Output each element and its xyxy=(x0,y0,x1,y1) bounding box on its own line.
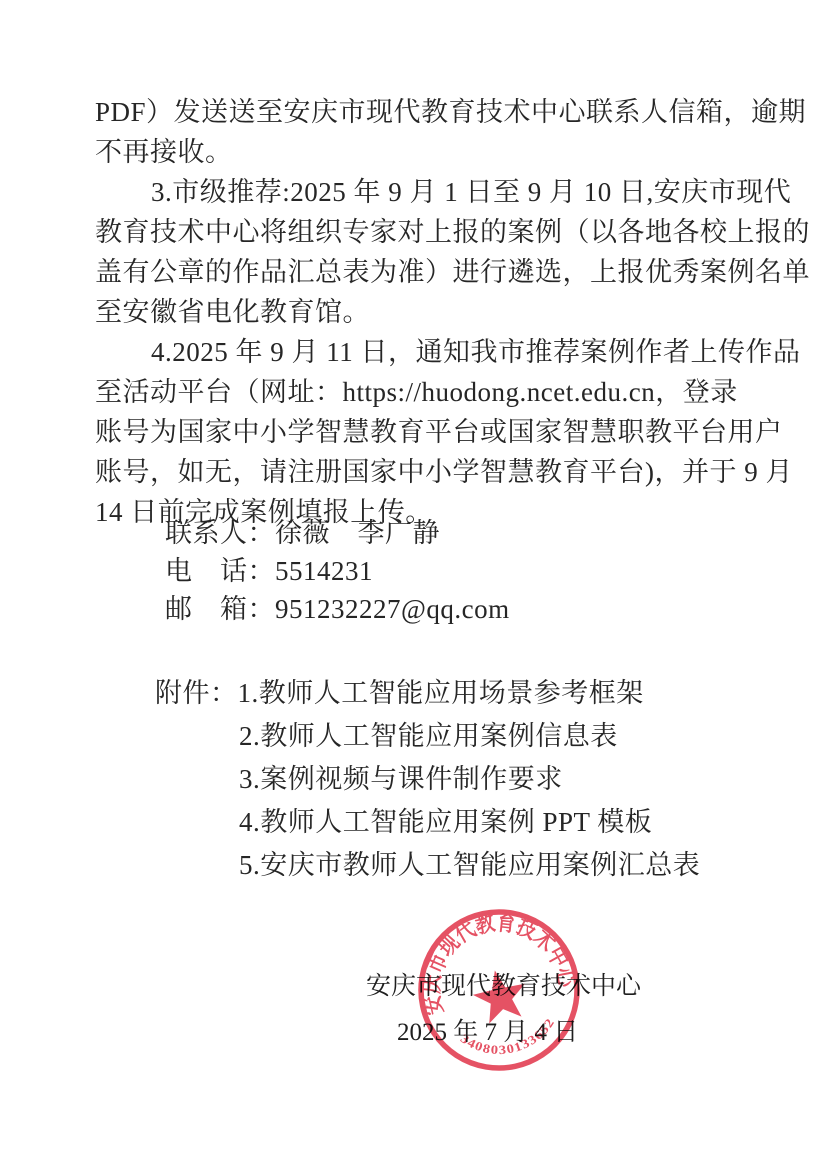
contact-person: 联系人：徐薇 李广静 xyxy=(165,514,510,552)
attachment-row: 5.安庆市教师人工智能应用案例汇总表 xyxy=(155,844,700,887)
official-seal-stamp: 安庆市现代教育技术中心 3408030133652 xyxy=(394,885,604,1095)
contact-email: 邮 箱：951232227@qq.com xyxy=(165,590,510,628)
attachments-list: 附件：1.教师人工智能应用场景参考框架 2.教师人工智能应用案例信息表 3.案例… xyxy=(155,672,700,887)
body-line: 盖有公章的作品汇总表为准）进行遴选，上报优秀案例名单 xyxy=(95,252,715,292)
attachment-row: 4.教师人工智能应用案例 PPT 模板 xyxy=(155,801,700,844)
contact-info: 联系人：徐薇 李广静 电 话：5514231 邮 箱：951232227@qq.… xyxy=(165,514,510,628)
attachment-row: 2.教师人工智能应用案例信息表 xyxy=(155,715,700,758)
attachment-item: 1.教师人工智能应用场景参考框架 xyxy=(238,678,644,708)
body-line: 至活动平台（网址：https://huodong.ncet.edu.cn，登录 xyxy=(95,372,715,412)
attachment-row: 3.案例视频与课件制作要求 xyxy=(155,758,700,801)
body-line: 至安徽省电化教育馆。 xyxy=(95,292,715,332)
body-line: PDF）发送送至安庆市现代教育技术中心联系人信箱，逾期 xyxy=(95,92,715,132)
document-page: PDF）发送送至安庆市现代教育技术中心联系人信箱，逾期 不再接收。 3.市级推荐… xyxy=(0,0,827,1169)
seal-serial-number: 3408030133652 xyxy=(456,1012,562,1066)
seal-star-icon xyxy=(469,965,532,1026)
body-line: 账号，如无，请注册国家中小学智慧教育平台)，并于 9 月 xyxy=(95,452,715,492)
body-line: 账号为国家中小学智慧教育平台或国家智慧职教平台用户 xyxy=(95,412,715,452)
body-line: 3.市级推荐:2025 年 9 月 1 日至 9 月 10 日,安庆市现代 xyxy=(95,172,715,212)
contact-phone: 电 话：5514231 xyxy=(165,552,510,590)
body-line: 不再接收。 xyxy=(95,132,715,172)
body-line: 教育技术中心将组织专家对上报的案例（以各地各校上报的 xyxy=(95,212,715,252)
body-line: 4.2025 年 9 月 11 日，通知我市推荐案例作者上传作品 xyxy=(95,332,715,372)
attachments-heading: 附件： xyxy=(155,678,238,708)
body-text: PDF）发送送至安庆市现代教育技术中心联系人信箱，逾期 不再接收。 3.市级推荐… xyxy=(95,92,715,532)
attachment-row: 附件：1.教师人工智能应用场景参考框架 xyxy=(155,672,700,715)
